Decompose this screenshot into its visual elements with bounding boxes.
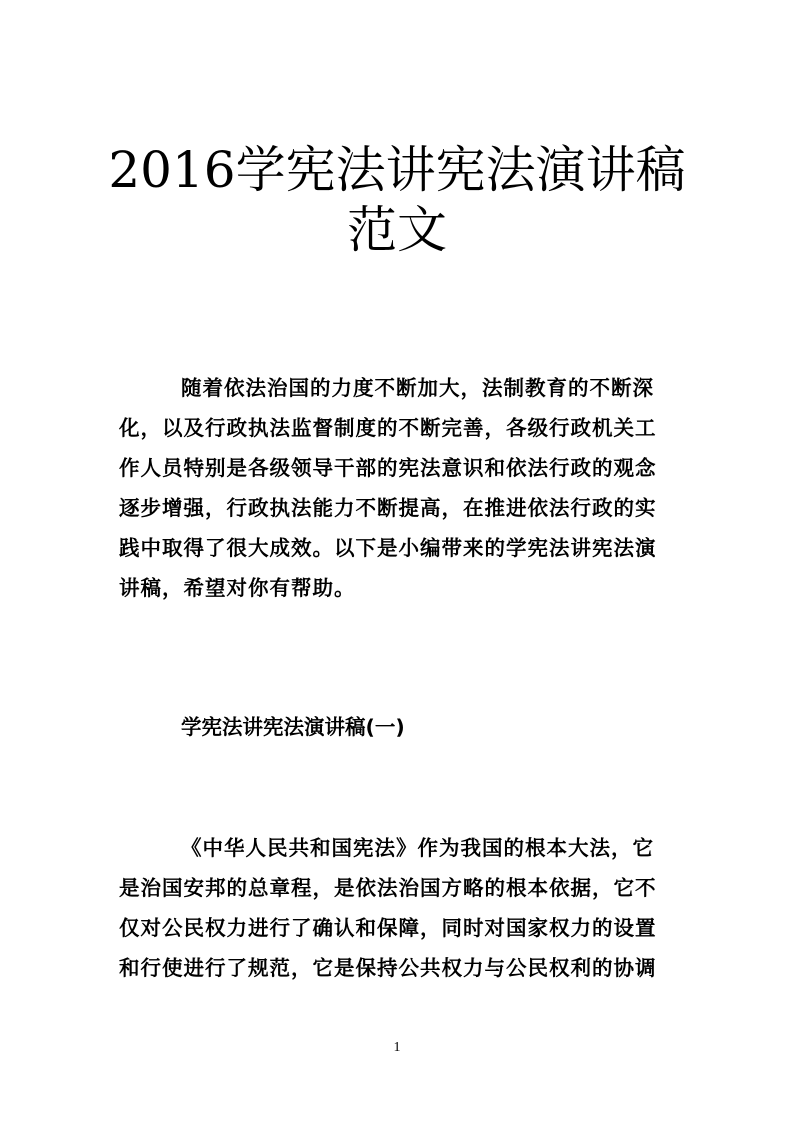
section-heading: 学宪法讲宪法演讲稿(一)	[181, 707, 405, 747]
document-title: 2016学宪法讲宪法演讲稿 范文	[90, 140, 704, 260]
paragraph-line: 化，以及行政执法监督制度的不断完善，各级行政机关工	[119, 408, 659, 448]
paragraph-line: 随着依法治国的力度不断加大，法制教育的不断深	[119, 368, 659, 408]
intro-paragraph: 随着依法治国的力度不断加大，法制教育的不断深 化，以及行政执法监督制度的不断完善…	[119, 368, 659, 608]
paragraph-line: 讲稿，希望对你有帮助。	[119, 568, 659, 608]
document-page: 2016学宪法讲宪法演讲稿 范文 随着依法治国的力度不断加大，法制教育的不断深 …	[0, 0, 794, 1123]
title-line-2: 范文	[90, 200, 704, 260]
title-line-1: 2016学宪法讲宪法演讲稿	[90, 140, 704, 200]
paragraph-line: 仅对公民权力进行了确认和保障，同时对国家权力的设置	[119, 908, 659, 948]
paragraph-line: 是治国安邦的总章程，是依法治国方略的根本依据，它不	[119, 868, 659, 908]
page-number: 1	[0, 1040, 794, 1056]
paragraph-line: 和行使进行了规范，它是保持公共权力与公民权利的协调	[119, 948, 659, 988]
paragraph-line: 作人员特别是各级领导干部的宪法意识和依法行政的观念	[119, 448, 659, 488]
paragraph-line: 《中华人民共和国宪法》作为我国的根本大法，它	[119, 828, 659, 868]
paragraph-line: 逐步增强，行政执法能力不断提高，在推进依法行政的实	[119, 488, 659, 528]
paragraph-line: 践中取得了很大成效。以下是小编带来的学宪法讲宪法演	[119, 528, 659, 568]
body-paragraph: 《中华人民共和国宪法》作为我国的根本大法，它 是治国安邦的总章程，是依法治国方略…	[119, 828, 659, 988]
